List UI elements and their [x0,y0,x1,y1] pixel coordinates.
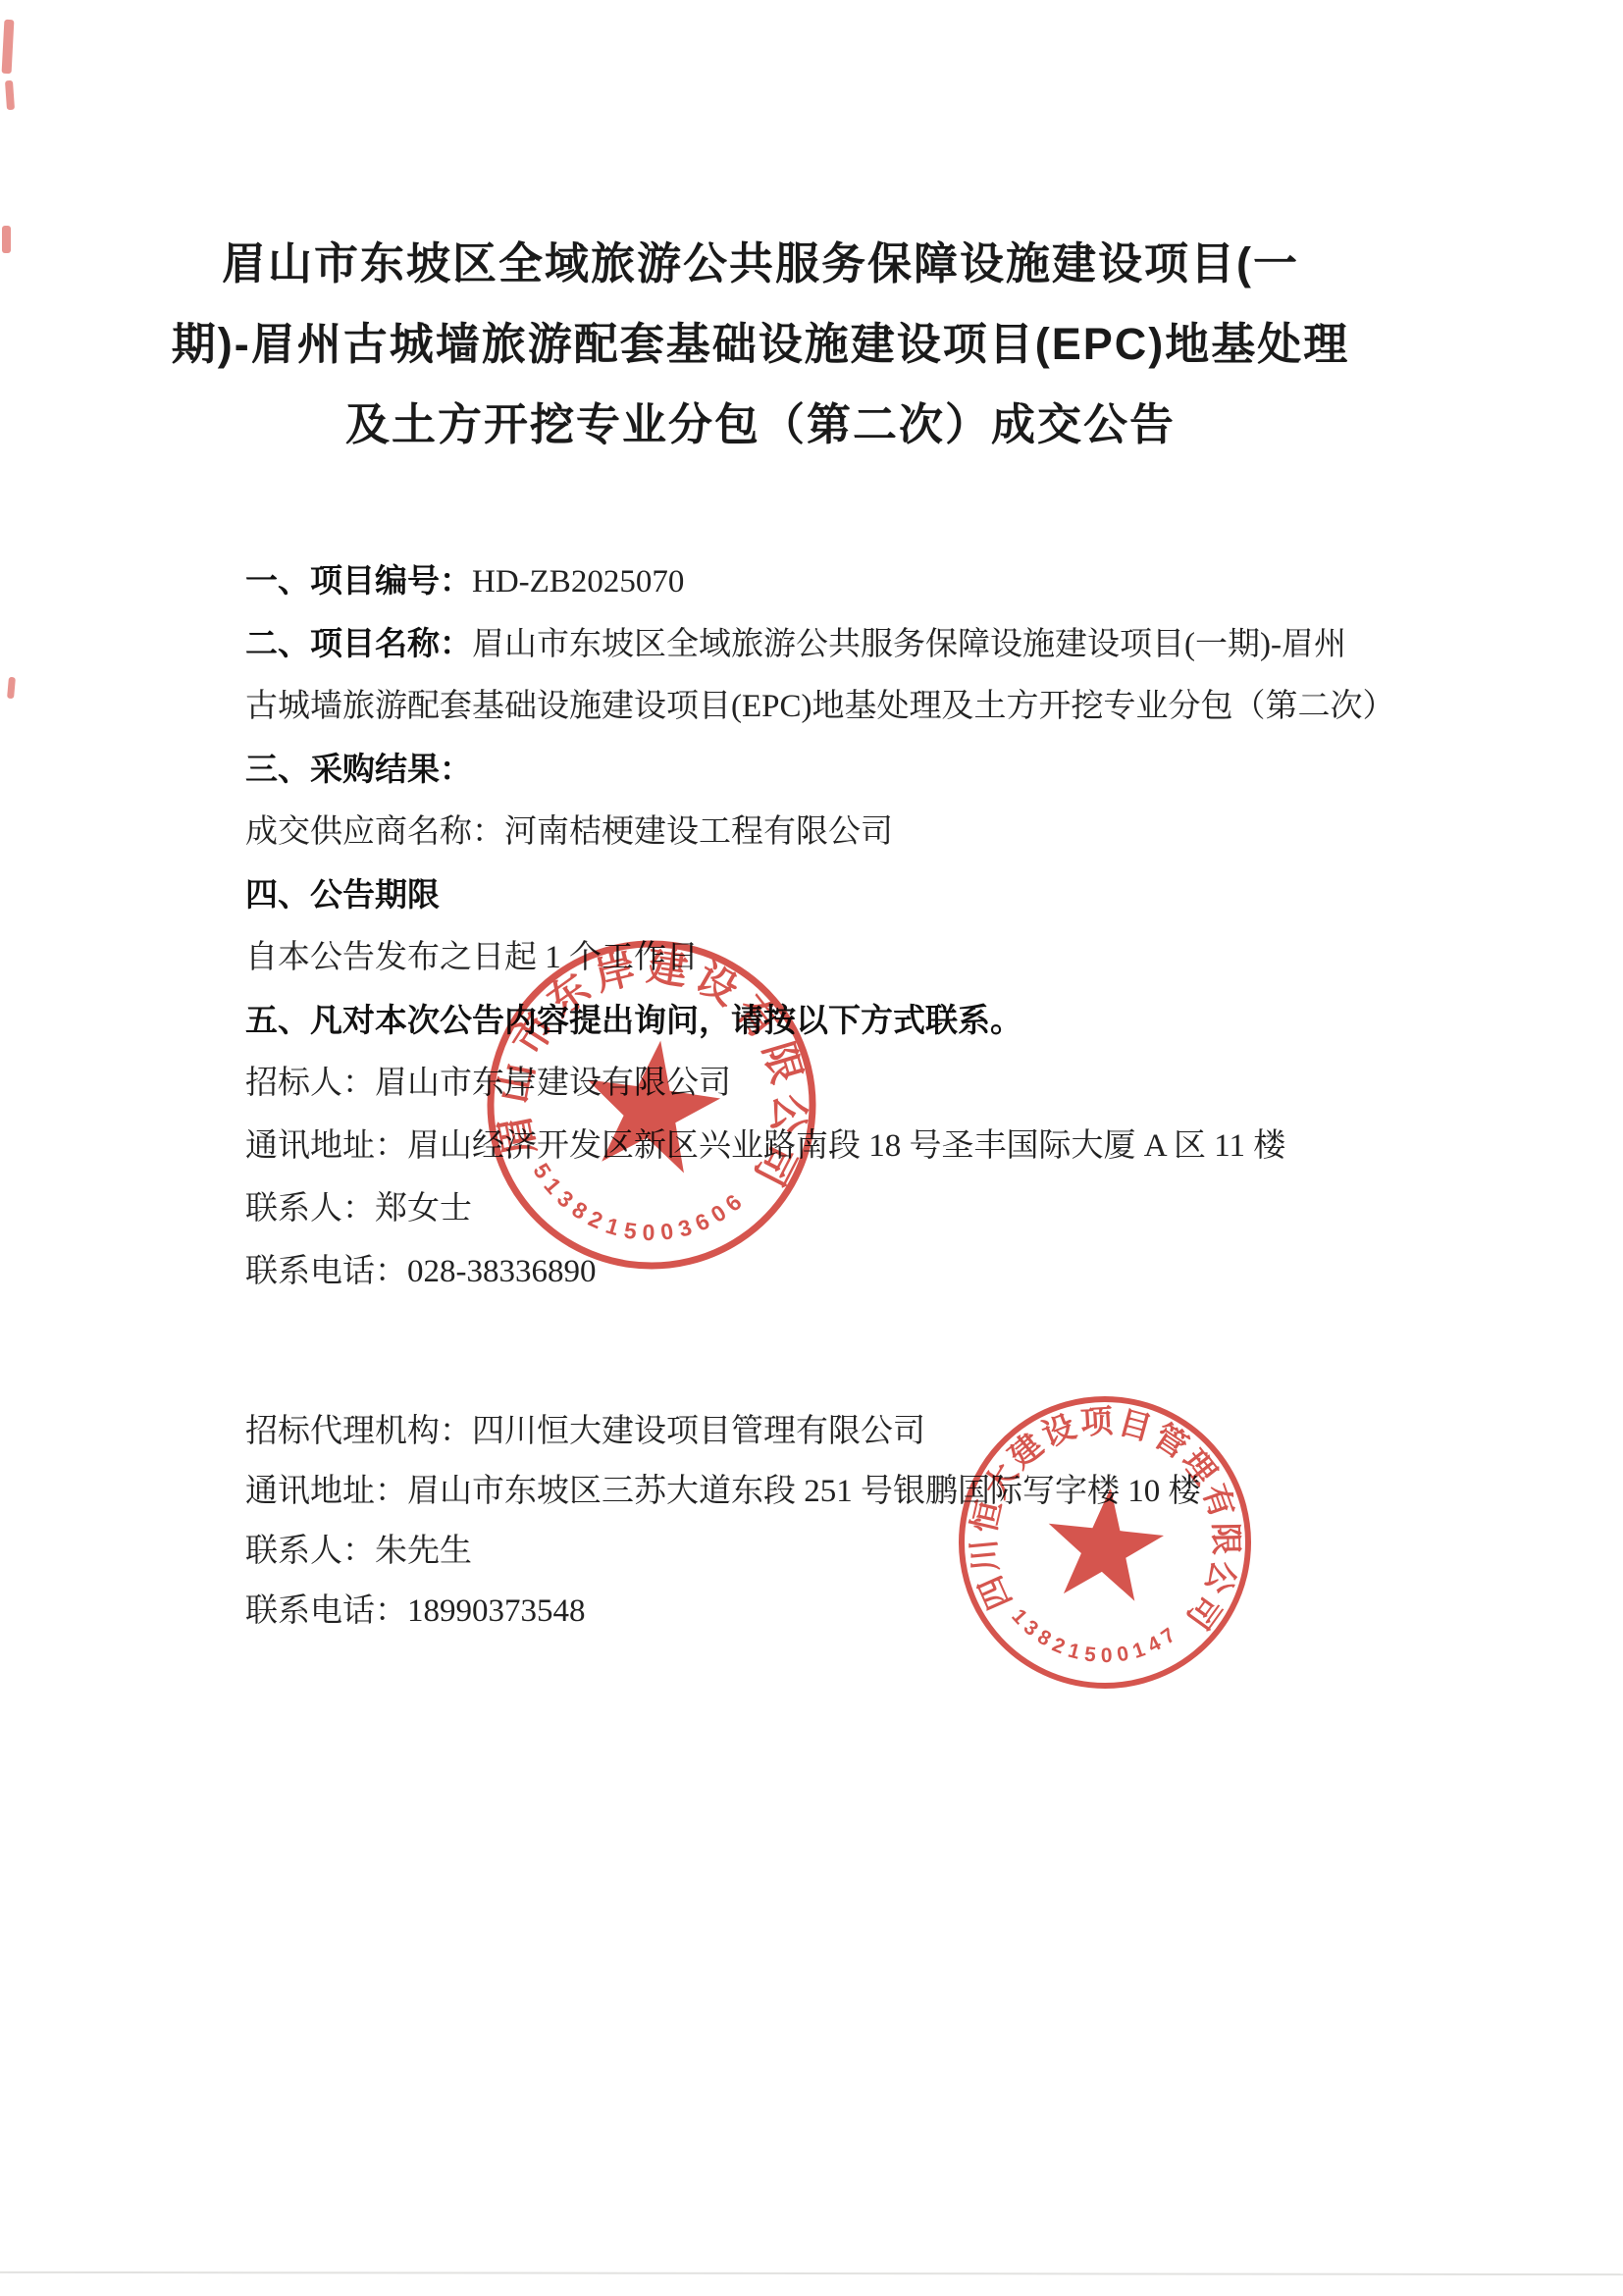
project-name-label: 二、项目名称： [245,625,472,661]
procurement-result-label: 三、采购结果： [245,751,472,787]
project-name-value-2: 古城墙旅游配套基础设施建设项目(EPC)地基处理及土方开挖专业分包（第二次） [245,689,1395,724]
scan-artifact [7,677,16,700]
star-icon [576,1031,727,1176]
inquiry-heading: 五、凡对本次公告内容提出询问，请按以下方式联系。 [245,989,1423,1052]
agency-contact: 联系人：朱先生 [245,1534,472,1569]
seal-serial-text: 5138215003606 [520,1156,754,1260]
supplier-value: 成交供应商名称：河南桔梗建设工程有限公司 [245,814,893,850]
tenderer-official-seal: 眉山市东岸建设有限公司 5138215003606 [475,928,828,1281]
tenderer-phone-line: 联系电话：028-38336890 [245,1240,1423,1303]
svg-text:5138215003606: 5138215003606 [520,1156,754,1260]
page-bottom-edge [0,2271,1623,2275]
announcement-period-line: 自本公告发布之日起 1 个工作日 [245,926,1423,989]
tenderer-address-line: 通讯地址：眉山经济开发区新区兴业路南段 18 号圣丰国际大厦 A 区 11 楼 [245,1115,1423,1177]
project-name-continuation: 古城墙旅游配套基础设施建设项目(EPC)地基处理及土方开挖专业分包（第二次） [245,675,1423,738]
tenderer-name-line: 招标人：眉山市东岸建设有限公司 [245,1052,1423,1115]
project-number-value: HD-ZB2025070 [472,564,684,600]
project-name-value-1: 眉山市东坡区全域旅游公共服务保障设施建设项目(一期)-眉州 [472,627,1346,662]
supplier-line: 成交供应商名称：河南桔梗建设工程有限公司 [245,801,1423,863]
agency-name: 招标代理机构：四川恒大建设项目管理有限公司 [245,1414,925,1449]
project-name-line: 二、项目名称：眉山市东坡区全域旅游公共服务保障设施建设项目(一期)-眉州 [245,612,1423,675]
scan-artifact [5,80,15,110]
tenderer-contact-line: 联系人：郑女士 [245,1177,1423,1240]
star-icon [1041,1482,1168,1603]
title-line-3: 及土方开挖专业分包（第二次）成交公告 [0,385,1521,465]
announcement-period-heading: 四、公告期限 [245,863,1423,926]
procurement-result-heading: 三、采购结果： [245,738,1423,801]
title-line-1: 眉山市东坡区全域旅游公共服务保障设施建设项目(一 [0,224,1521,304]
document-page: 眉山市东坡区全域旅游公共服务保障设施建设项目(一 期)-眉州古城墙旅游配套基础设… [0,0,1623,2296]
announcement-period-label: 四、公告期限 [245,876,440,913]
title-line-2: 期)-眉州古城墙旅游配套基础设施建设项目(EPC)地基处理 [0,304,1521,385]
project-number-label: 一、项目编号： [245,562,472,599]
document-title: 眉山市东坡区全域旅游公共服务保障设施建设项目(一 期)-眉州古城墙旅游配套基础设… [0,224,1521,465]
scan-artifact [2,20,15,74]
agency-official-seal: 四川恒大建设项目管理有限公司 5138215001471 [948,1385,1262,1699]
agency-phone: 联系电话：18990373548 [245,1593,586,1629]
tenderer-contact: 联系人：郑女士 [245,1191,472,1226]
project-number-line: 一、项目编号：HD-ZB2025070 [245,549,1423,612]
